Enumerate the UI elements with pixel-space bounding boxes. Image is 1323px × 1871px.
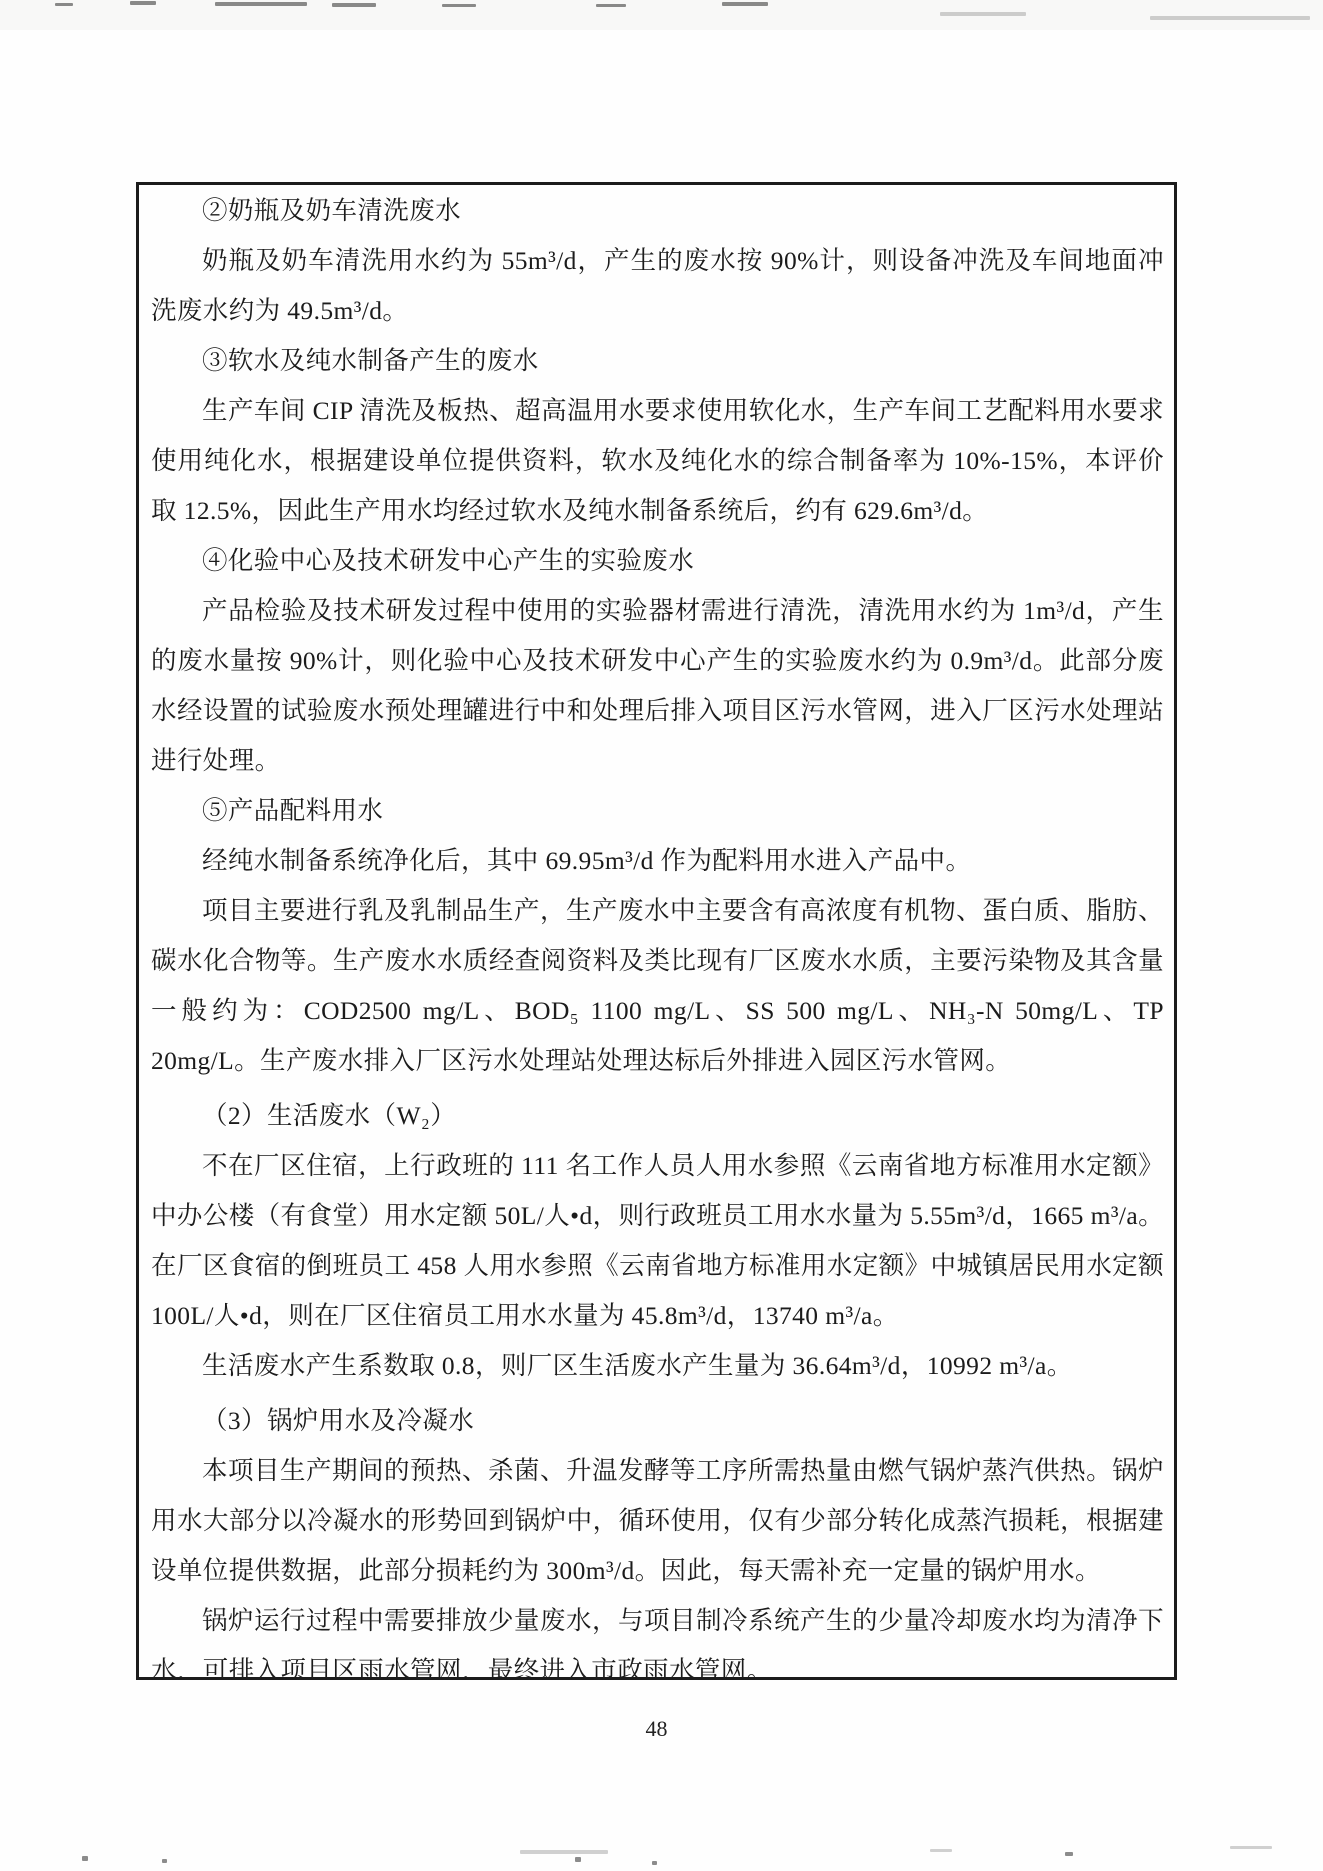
scan-artifact	[82, 1856, 88, 1861]
paragraph-heading-soft-water-wastewater: ③软水及纯水制备产生的废水	[151, 336, 1164, 386]
paragraph-boiler-water-body: 本项目生产期间的预热、杀菌、升温发酵等工序所需热量由燃气锅炉蒸汽供热。锅炉用水大…	[151, 1446, 1164, 1596]
paragraph-lab-wastewater-body: 产品检验及技术研发过程中使用的实验器材需进行清洗，清洗用水约为 1m³/d，产生…	[151, 586, 1164, 786]
scan-artifact	[520, 1850, 608, 1854]
scan-artifact	[1065, 1852, 1073, 1856]
scan-artifact	[162, 1859, 167, 1863]
paragraph-heading-milk-bottle-wastewater: ②奶瓶及奶车清洗废水	[151, 186, 1164, 236]
paragraph-ingredient-water-body: 经纯水制备系统净化后，其中 69.95m³/d 作为配料用水进入产品中。	[151, 836, 1164, 886]
paragraph-soft-water-wastewater-body: 生产车间 CIP 清洗及板热、超高温用水要求使用软化水，生产车间工艺配料用水要求…	[151, 386, 1164, 536]
scan-artifact	[1230, 1846, 1272, 1849]
paragraph-milk-bottle-wastewater-body: 奶瓶及奶车清洗用水约为 55m³/d，产生的废水按 90%计，则设备冲洗及车间地…	[151, 236, 1164, 336]
page-number: 48	[136, 1716, 1177, 1742]
scan-artifact	[442, 4, 476, 7]
paragraph-boiler-discharge-body: 锅炉运行过程中需要排放少量废水，与项目制冷系统产生的少量冷却废水均为清净下水，可…	[151, 1596, 1164, 1680]
scan-artifact	[652, 1861, 657, 1865]
document-page: ②奶瓶及奶车清洗废水 奶瓶及奶车清洗用水约为 55m³/d，产生的废水按 90%…	[0, 0, 1323, 1871]
scan-artifact	[130, 1, 156, 5]
scan-artifact	[332, 3, 376, 7]
content-border-box: ②奶瓶及奶车清洗废水 奶瓶及奶车清洗用水约为 55m³/d，产生的废水按 90%…	[136, 182, 1177, 1680]
paragraph-heading-lab-wastewater: ④化验中心及技术研发中心产生的实验废水	[151, 536, 1164, 586]
scan-artifact	[596, 4, 626, 7]
scan-artifact	[722, 2, 768, 6]
scan-artifact	[575, 1857, 581, 1862]
paragraph-heading-ingredient-water: ⑤产品配料用水	[151, 786, 1164, 836]
scan-artifact	[55, 3, 73, 6]
paragraph-domestic-wastewater-body: 不在厂区住宿，上行政班的 111 名工作人员人用水参照《云南省地方标准用水定额》…	[151, 1141, 1164, 1341]
paragraph-production-wastewater-quality: 项目主要进行乳及乳制品生产，生产废水中主要含有高浓度有机物、蛋白质、脂肪、碳水化…	[151, 886, 1164, 1086]
scan-artifact	[215, 2, 307, 6]
scan-artifact	[1150, 16, 1310, 20]
paragraph-heading-domestic-wastewater: （2）生活废水（W₂）	[151, 1091, 1164, 1141]
paragraph-domestic-wastewater-output: 生活废水产生系数取 0.8，则厂区生活废水产生量为 36.64m³/d，1099…	[151, 1341, 1164, 1391]
scan-edge-shading	[0, 0, 1323, 30]
scan-artifact	[940, 12, 1026, 16]
scan-artifact	[930, 1849, 952, 1852]
paragraph-heading-boiler-water: （3）锅炉用水及冷凝水	[151, 1396, 1164, 1446]
